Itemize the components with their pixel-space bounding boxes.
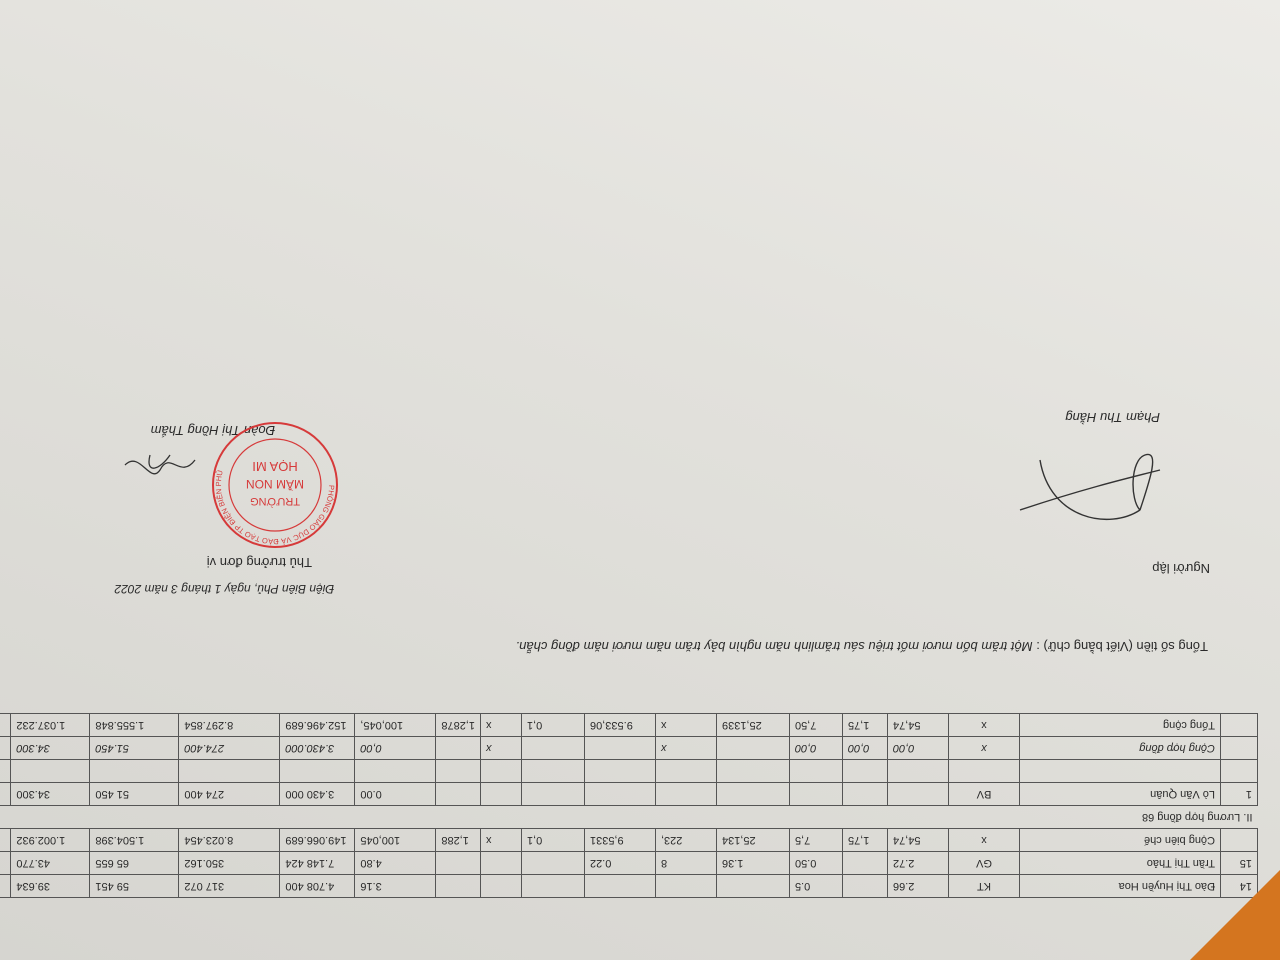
cell-c10: 100,045, <box>355 714 436 737</box>
cell-c10: 0,00 <box>355 737 436 760</box>
head-signature-icon <box>120 440 200 490</box>
cell-c7: 0,1 <box>522 714 585 737</box>
cell-c11: 7.148 424 <box>280 852 355 875</box>
cell-c3: 0,00 <box>790 737 843 760</box>
cell-c14: 1.002.932 <box>11 829 90 852</box>
cell-stt <box>1221 760 1258 783</box>
cell-c1: 0,00 <box>888 737 949 760</box>
cell-c4 <box>717 875 790 898</box>
cell-c4: 25,1339 <box>717 714 790 737</box>
cell-stt: 1 <box>1221 783 1258 806</box>
cell-stt <box>1221 737 1258 760</box>
cell-c5: x <box>656 714 717 737</box>
cell-c12: 350.162 <box>179 852 280 875</box>
preparer-signature-icon <box>1000 430 1200 540</box>
cell-name <box>1020 760 1221 783</box>
desk-corner <box>1190 870 1280 960</box>
document-page: 14Đào Thị Huyền HoaKT2.660.53.164.708 40… <box>0 0 1280 960</box>
cell-c3: 0.5 <box>790 875 843 898</box>
cell-c9 <box>436 760 481 783</box>
cell-pos: x <box>949 714 1020 737</box>
cell-name: Tổng cộng <box>1020 714 1221 737</box>
cell-c15: 10.890.934 <box>0 714 11 737</box>
cell-c11: 152.496.689 <box>280 714 355 737</box>
cell-c4: 1.36 <box>717 852 790 875</box>
cell-c4 <box>717 783 790 806</box>
cell-c7 <box>522 875 585 898</box>
cell-stt <box>1221 714 1258 737</box>
cell-pos: x <box>949 737 1020 760</box>
place-date: Điện Biên Phủ, ngày 1 tháng 3 năm 2022 <box>115 582 335 596</box>
section-row: II. Lương hợp đồng 68 <box>0 806 1258 829</box>
amount-in-words: Tổng số tiền (Viết bằng chữ) : Một trăm … <box>516 639 1208 654</box>
cell-c15: 360.150 <box>0 737 11 760</box>
cell-name: Cộng biên chế <box>1020 829 1221 852</box>
cell-c2 <box>843 852 888 875</box>
cell-c4 <box>717 737 790 760</box>
section-title: II. Lương hợp đồng 68 <box>0 806 1258 829</box>
cell-c9: 1,288 <box>436 829 481 852</box>
cell-c2 <box>843 783 888 806</box>
cell-c1: 2.66 <box>888 875 949 898</box>
cell-c5 <box>656 760 717 783</box>
table-row: Cộng biên chếx54,741,757,525,134223,9,53… <box>0 829 1258 852</box>
cell-c7 <box>522 760 585 783</box>
cell-c5: 223, <box>656 829 717 852</box>
cell-c3: 7,5 <box>790 829 843 852</box>
cell-c11 <box>280 760 355 783</box>
cell-c8 <box>481 760 522 783</box>
cell-c10: 3.16 <box>355 875 436 898</box>
payroll-table: 14Đào Thị Huyền HoaKT2.660.53.164.708 40… <box>0 713 1258 898</box>
cell-c7 <box>522 783 585 806</box>
cell-c15: 459 588 <box>0 852 11 875</box>
cell-c8 <box>481 783 522 806</box>
cell-c5 <box>656 783 717 806</box>
cell-c12 <box>179 760 280 783</box>
cell-stt <box>1221 829 1258 852</box>
cell-c9 <box>436 852 481 875</box>
cell-c1 <box>888 783 949 806</box>
cell-name: Lò Văn Quân <box>1020 783 1221 806</box>
cell-c10: 0.00 <box>355 783 436 806</box>
cell-c12: 274.400 <box>179 737 280 760</box>
svg-text:HỌA MI: HỌA MI <box>252 459 298 474</box>
cell-c9 <box>436 875 481 898</box>
cell-c6 <box>585 875 656 898</box>
cell-c13: 59 451 <box>90 875 179 898</box>
cell-c6 <box>585 760 656 783</box>
cell-c13 <box>90 760 179 783</box>
cell-c8 <box>481 852 522 875</box>
cell-c14: 34.300 <box>11 737 90 760</box>
cell-c14: 43.770 <box>11 852 90 875</box>
cell-c9: 1,2878 <box>436 714 481 737</box>
cell-c15: 360 150 <box>0 783 11 806</box>
cell-c14: 39.634 <box>11 875 90 898</box>
cell-c15: 10.530.784 <box>0 829 11 852</box>
official-stamp-icon: PHÒNG GIÁO DỤC VÀ ĐÀO TẠO TP ĐIỆN BIÊN P… <box>210 420 340 550</box>
cell-c15 <box>0 760 11 783</box>
preparer-name: Phạm Thu Hằng <box>1065 410 1160 425</box>
amount-in-words-label: Tổng số tiền (Viết bằng chữ) : <box>1036 639 1208 654</box>
head-title: Thủ trưởng đơn vị <box>207 555 312 570</box>
cell-pos: x <box>949 829 1020 852</box>
cell-c7: 0,1 <box>522 829 585 852</box>
cell-c1 <box>888 760 949 783</box>
cell-c6 <box>585 737 656 760</box>
cell-c1: 54,74 <box>888 829 949 852</box>
cell-c4 <box>717 760 790 783</box>
cell-c8: x <box>481 829 522 852</box>
cell-c12: 317 072 <box>179 875 280 898</box>
cell-name: Cộng hợp đồng <box>1020 737 1221 760</box>
cell-c11: 149.066.689 <box>280 829 355 852</box>
cell-c14: 1.037.232 <box>11 714 90 737</box>
table-row: Tổng cộngx54,741,757,5025,1339x9.533,060… <box>0 714 1258 737</box>
cell-c1: 2.72 <box>888 852 949 875</box>
cell-pos: GV <box>949 852 1020 875</box>
cell-c9 <box>436 783 481 806</box>
cell-c10 <box>355 760 436 783</box>
table-row: 15Trần Thị ThảoGV2.720.501.3680.224.807.… <box>0 852 1258 875</box>
preparer-title: Người lập <box>1152 561 1210 576</box>
cell-c5: x <box>656 737 717 760</box>
svg-text:MẦM NON: MẦM NON <box>246 477 304 492</box>
cell-c15: 416.157 <box>0 875 11 898</box>
cell-c8 <box>481 875 522 898</box>
cell-c10: 4.80 <box>355 852 436 875</box>
cell-c6: 0.22 <box>585 852 656 875</box>
cell-c6 <box>585 783 656 806</box>
cell-c9 <box>436 737 481 760</box>
cell-c12: 8.023.454 <box>179 829 280 852</box>
cell-pos <box>949 760 1020 783</box>
table-row <box>0 760 1258 783</box>
cell-c11: 4.708 400 <box>280 875 355 898</box>
cell-c11: 3.430.000 <box>280 737 355 760</box>
cell-c8: x <box>481 714 522 737</box>
cell-c14 <box>11 760 90 783</box>
cell-c14: 34.300 <box>11 783 90 806</box>
cell-c13: 51 450 <box>90 783 179 806</box>
cell-c2 <box>843 875 888 898</box>
cell-c13: 1.555.848 <box>90 714 179 737</box>
cell-pos: KT <box>949 875 1020 898</box>
cell-c3 <box>790 760 843 783</box>
cell-c10: 100,045 <box>355 829 436 852</box>
cell-c13: 51.450 <box>90 737 179 760</box>
cell-c13: 1.504.398 <box>90 829 179 852</box>
cell-c3: 7,50 <box>790 714 843 737</box>
amount-in-words-value: Một trăm bốn mươi mốt triệu sáu trămlinh… <box>516 639 1033 654</box>
cell-c13: 65 655 <box>90 852 179 875</box>
cell-c2 <box>843 760 888 783</box>
table-row: Cộng hợp đồngx0,000,000,00xx0,003.430.00… <box>0 737 1258 760</box>
cell-c3 <box>790 783 843 806</box>
cell-c5 <box>656 875 717 898</box>
cell-c7 <box>522 737 585 760</box>
cell-c6: 9.533,06 <box>585 714 656 737</box>
cell-c5: 8 <box>656 852 717 875</box>
svg-text:TRƯỜNG: TRƯỜNG <box>250 495 300 508</box>
cell-pos: BV <box>949 783 1020 806</box>
table-row: 14Đào Thị Huyền HoaKT2.660.53.164.708 40… <box>0 875 1258 898</box>
cell-c4: 25,134 <box>717 829 790 852</box>
cell-c12: 8.297.854 <box>179 714 280 737</box>
cell-c1: 54,74 <box>888 714 949 737</box>
cell-c2: 0,00 <box>843 737 888 760</box>
cell-c2: 1,75 <box>843 714 888 737</box>
cell-c7 <box>522 852 585 875</box>
cell-c8: x <box>481 737 522 760</box>
cell-c12: 274 400 <box>179 783 280 806</box>
table-row: 1Lò Văn QuânBV0.003.430 000274 40051 450… <box>0 783 1258 806</box>
cell-c3: 0.50 <box>790 852 843 875</box>
cell-c2: 1,75 <box>843 829 888 852</box>
cell-c11: 3.430 000 <box>280 783 355 806</box>
cell-c6: 9,5331 <box>585 829 656 852</box>
